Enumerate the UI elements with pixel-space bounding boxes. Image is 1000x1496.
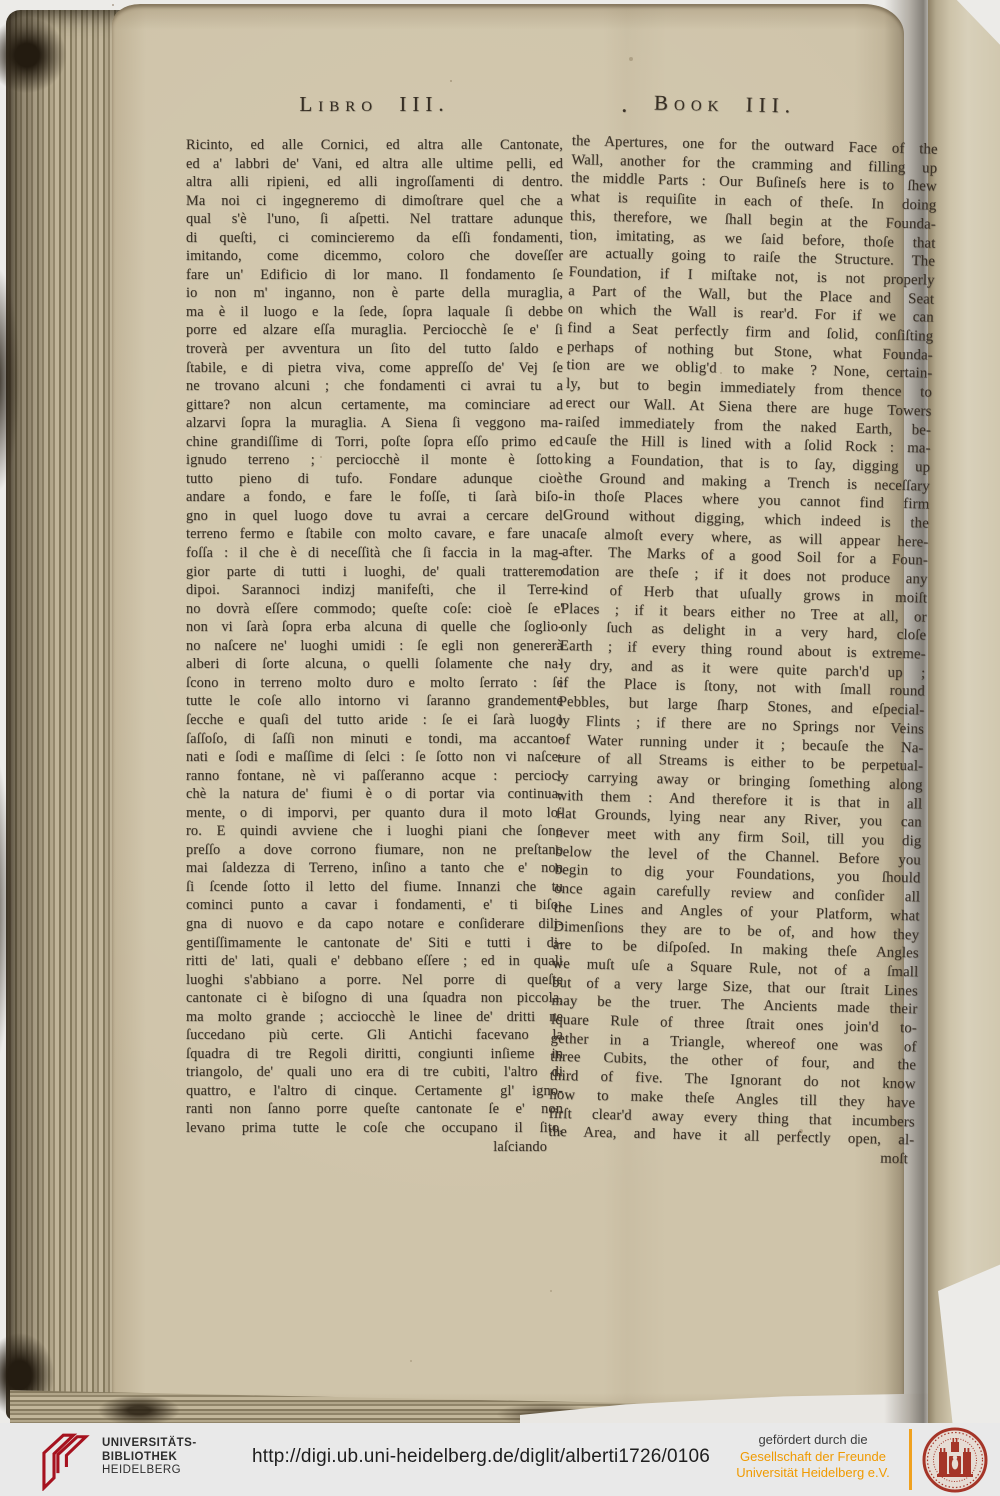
footer-divider <box>909 1429 912 1490</box>
text-line: ne trovano alcuni ; che fondamenti ci av… <box>186 377 563 396</box>
text-line: alberi di ſorte alcuna, o quelli ſolamen… <box>186 655 563 674</box>
text-line: andare a fondo, e fare le foſſe, ti ſarà… <box>186 488 563 507</box>
text-line: terreno fermo e ſtabile con molto cavare… <box>186 525 563 544</box>
text-line: ſtabile, e di pietra viva, come appreſſo… <box>186 359 563 378</box>
ub-heidelberg-logo-icon <box>30 1429 92 1491</box>
text-line: di queſti, ci comincieremo da eſſi fonda… <box>186 229 563 248</box>
book-fore-edge <box>6 10 122 1420</box>
italian-text-column: Ricinto, ed alle Cornici, ed altra alle … <box>186 136 563 1156</box>
text-line: altra alli ripieni, ed alli ingroſſament… <box>186 173 563 192</box>
english-lines: the Apertures, one for the outward Face … <box>548 132 938 1150</box>
text-line: preſſo a dove corrono fiumare, non ne pr… <box>186 841 563 860</box>
text-line: ranno fontane, nè vi paſſeranno acque : … <box>186 767 563 786</box>
page-title-english: Book III. <box>620 90 830 119</box>
italian-lines: Ricinto, ed alle Cornici, ed altra alle … <box>186 136 563 1138</box>
text-line: ſecche e quaſi del tutto aride : ſe ei ſ… <box>186 711 563 730</box>
text-line: gior parte di tutti i luoghi, de' quali … <box>186 563 563 582</box>
text-line: fare un' Edificio di lor mano. Il fondam… <box>186 266 563 285</box>
text-line: Ma noi ci ingegneremo di dimoſtrare quel… <box>186 192 563 211</box>
funding-org-line1: Gesellschaft der Freunde <box>716 1449 910 1466</box>
library-name-line1: UNIVERSITÄTS- <box>102 1437 197 1451</box>
text-line: mente, o di imporvi, per quanto dura il … <box>186 804 563 823</box>
text-line: gno in quel luogo dove tu avrai a cercar… <box>186 507 563 526</box>
text-line: ſaſſoſo, di ſaſſi non minuti e tondi, ma… <box>186 730 563 749</box>
text-line: io non m' inganno, non è parte della mur… <box>186 284 563 303</box>
funding-org-line2: Universität Heidelberg e.V. <box>716 1465 910 1482</box>
text-line: ſi ſcende ſotto il letto del fiume. Inna… <box>186 878 563 897</box>
funding-credit: gefördert durch die Gesellschaft der Fre… <box>716 1432 910 1482</box>
text-line: no naſcere ne' luoghi umidi : ſe egli no… <box>186 637 563 656</box>
text-line: qual s'è l'uno, ſi aſpetti. Nel trattare… <box>186 210 563 229</box>
document-url: http://digi.ub.uni-heidelberg.de/diglit/… <box>252 1446 710 1468</box>
text-line: foſſa : il che è di neceſſità che ſi fac… <box>186 544 563 563</box>
text-line: gentiſſimamente le cantonate de' Siti e … <box>186 934 563 953</box>
text-line: troverà per avventura un ſito del tutto … <box>186 340 563 359</box>
text-line: ed a' labbri de' Vani, ed altra alle ult… <box>186 155 563 174</box>
text-line: porre ed alzare eſſa muraglia. Perciocch… <box>186 321 563 340</box>
foxing-specks <box>112 4 114 6</box>
text-line: ranti non ſanno porre queſte cantonate ſ… <box>186 1100 563 1119</box>
book-scan-page: Libro III. . Book III. Ricinto, ed alle … <box>0 0 1000 1496</box>
text-line: gittare? non alcun certamente, ma cominc… <box>186 396 563 415</box>
text-line: cominci punto a cavar i fondamenti, e' t… <box>186 896 563 915</box>
italian-catchword: laſciando <box>186 1138 563 1157</box>
footer-bar: UNIVERSITÄTS- BIBLIOTHEK HEIDELBERG http… <box>0 1423 1000 1496</box>
text-line: ſuccedano più certe. Gli Antichi facevan… <box>186 1026 563 1045</box>
text-line: ma molto grande ; acciocchè le linee de'… <box>186 1008 563 1027</box>
text-line: cantonate ci è biſogno di una ſquadra no… <box>186 989 563 1008</box>
text-line: levano prima tutte le coſe che occupano … <box>186 1119 563 1138</box>
library-name: UNIVERSITÄTS- BIBLIOTHEK HEIDELBERG <box>102 1437 197 1478</box>
text-line: nati e ſodi e maſſime di ſelci : ſe ſott… <box>186 748 563 767</box>
library-name-line3: HEIDELBERG <box>102 1464 197 1478</box>
text-line: gna di nuovo e da capo notare e conſider… <box>186 915 563 934</box>
page-title-italian: Libro III. <box>186 92 563 117</box>
text-line: non vi ſarà ſopra erba alcuna di quelle … <box>186 618 563 637</box>
text-line: chè la natura de' fiumi è o di portar vi… <box>186 785 563 804</box>
text-line: quattro, e l'altro di cinque. Certamente… <box>186 1082 563 1101</box>
text-line: imitando, come dicemmo, coloro che doveſ… <box>186 247 563 266</box>
text-line: ma è il luogo e la ſede, ſopra laquale ſ… <box>186 303 563 322</box>
text-line: triangolo, de' quali uno era di tre cubi… <box>186 1063 563 1082</box>
text-line: ro. E quindi avviene che i luoghi piani … <box>186 822 563 841</box>
text-line: luoghi s'abbiano a porre. Nel porre di q… <box>186 971 563 990</box>
text-line: tutto pieno di tufo. Fondare adunque cio… <box>186 470 563 489</box>
text-line: ritti de' lati, quali e' debbano eſſere … <box>186 952 563 971</box>
text-line: mai ſaldezza di Terreno, inſino a tanto … <box>186 859 563 878</box>
text-line: ſquadra di tre Regoli diritti, congiunti… <box>186 1045 563 1064</box>
university-seal-icon <box>921 1426 989 1494</box>
text-line: chine grandiſſime di Torri, poſte ſopra … <box>186 433 563 452</box>
text-line: ſcono in terreno molto duro e molto ſerr… <box>186 674 563 693</box>
facing-page-edge <box>928 0 1000 1423</box>
text-line: ignudo terreno ; perciocchè il monte è ſ… <box>186 451 563 470</box>
text-line: dipoi. Sarannoci indizj manifeſti, che i… <box>186 581 563 600</box>
text-line: Ricinto, ed alle Cornici, ed altra alle … <box>186 136 563 155</box>
funding-prefix: gefördert durch die <box>716 1432 910 1449</box>
english-text-column: the Apertures, one for the outward Face … <box>548 132 938 1169</box>
library-name-line2: BIBLIOTHEK <box>102 1451 197 1465</box>
text-line: no dovrà eſſere commodo; queſte coſe: ci… <box>186 600 563 619</box>
text-line: alzarvi ſopra la muraglia. A Siena ſi ve… <box>186 414 563 433</box>
text-line: tutte le coſe allo intorno vi ſaranno gr… <box>186 692 563 711</box>
